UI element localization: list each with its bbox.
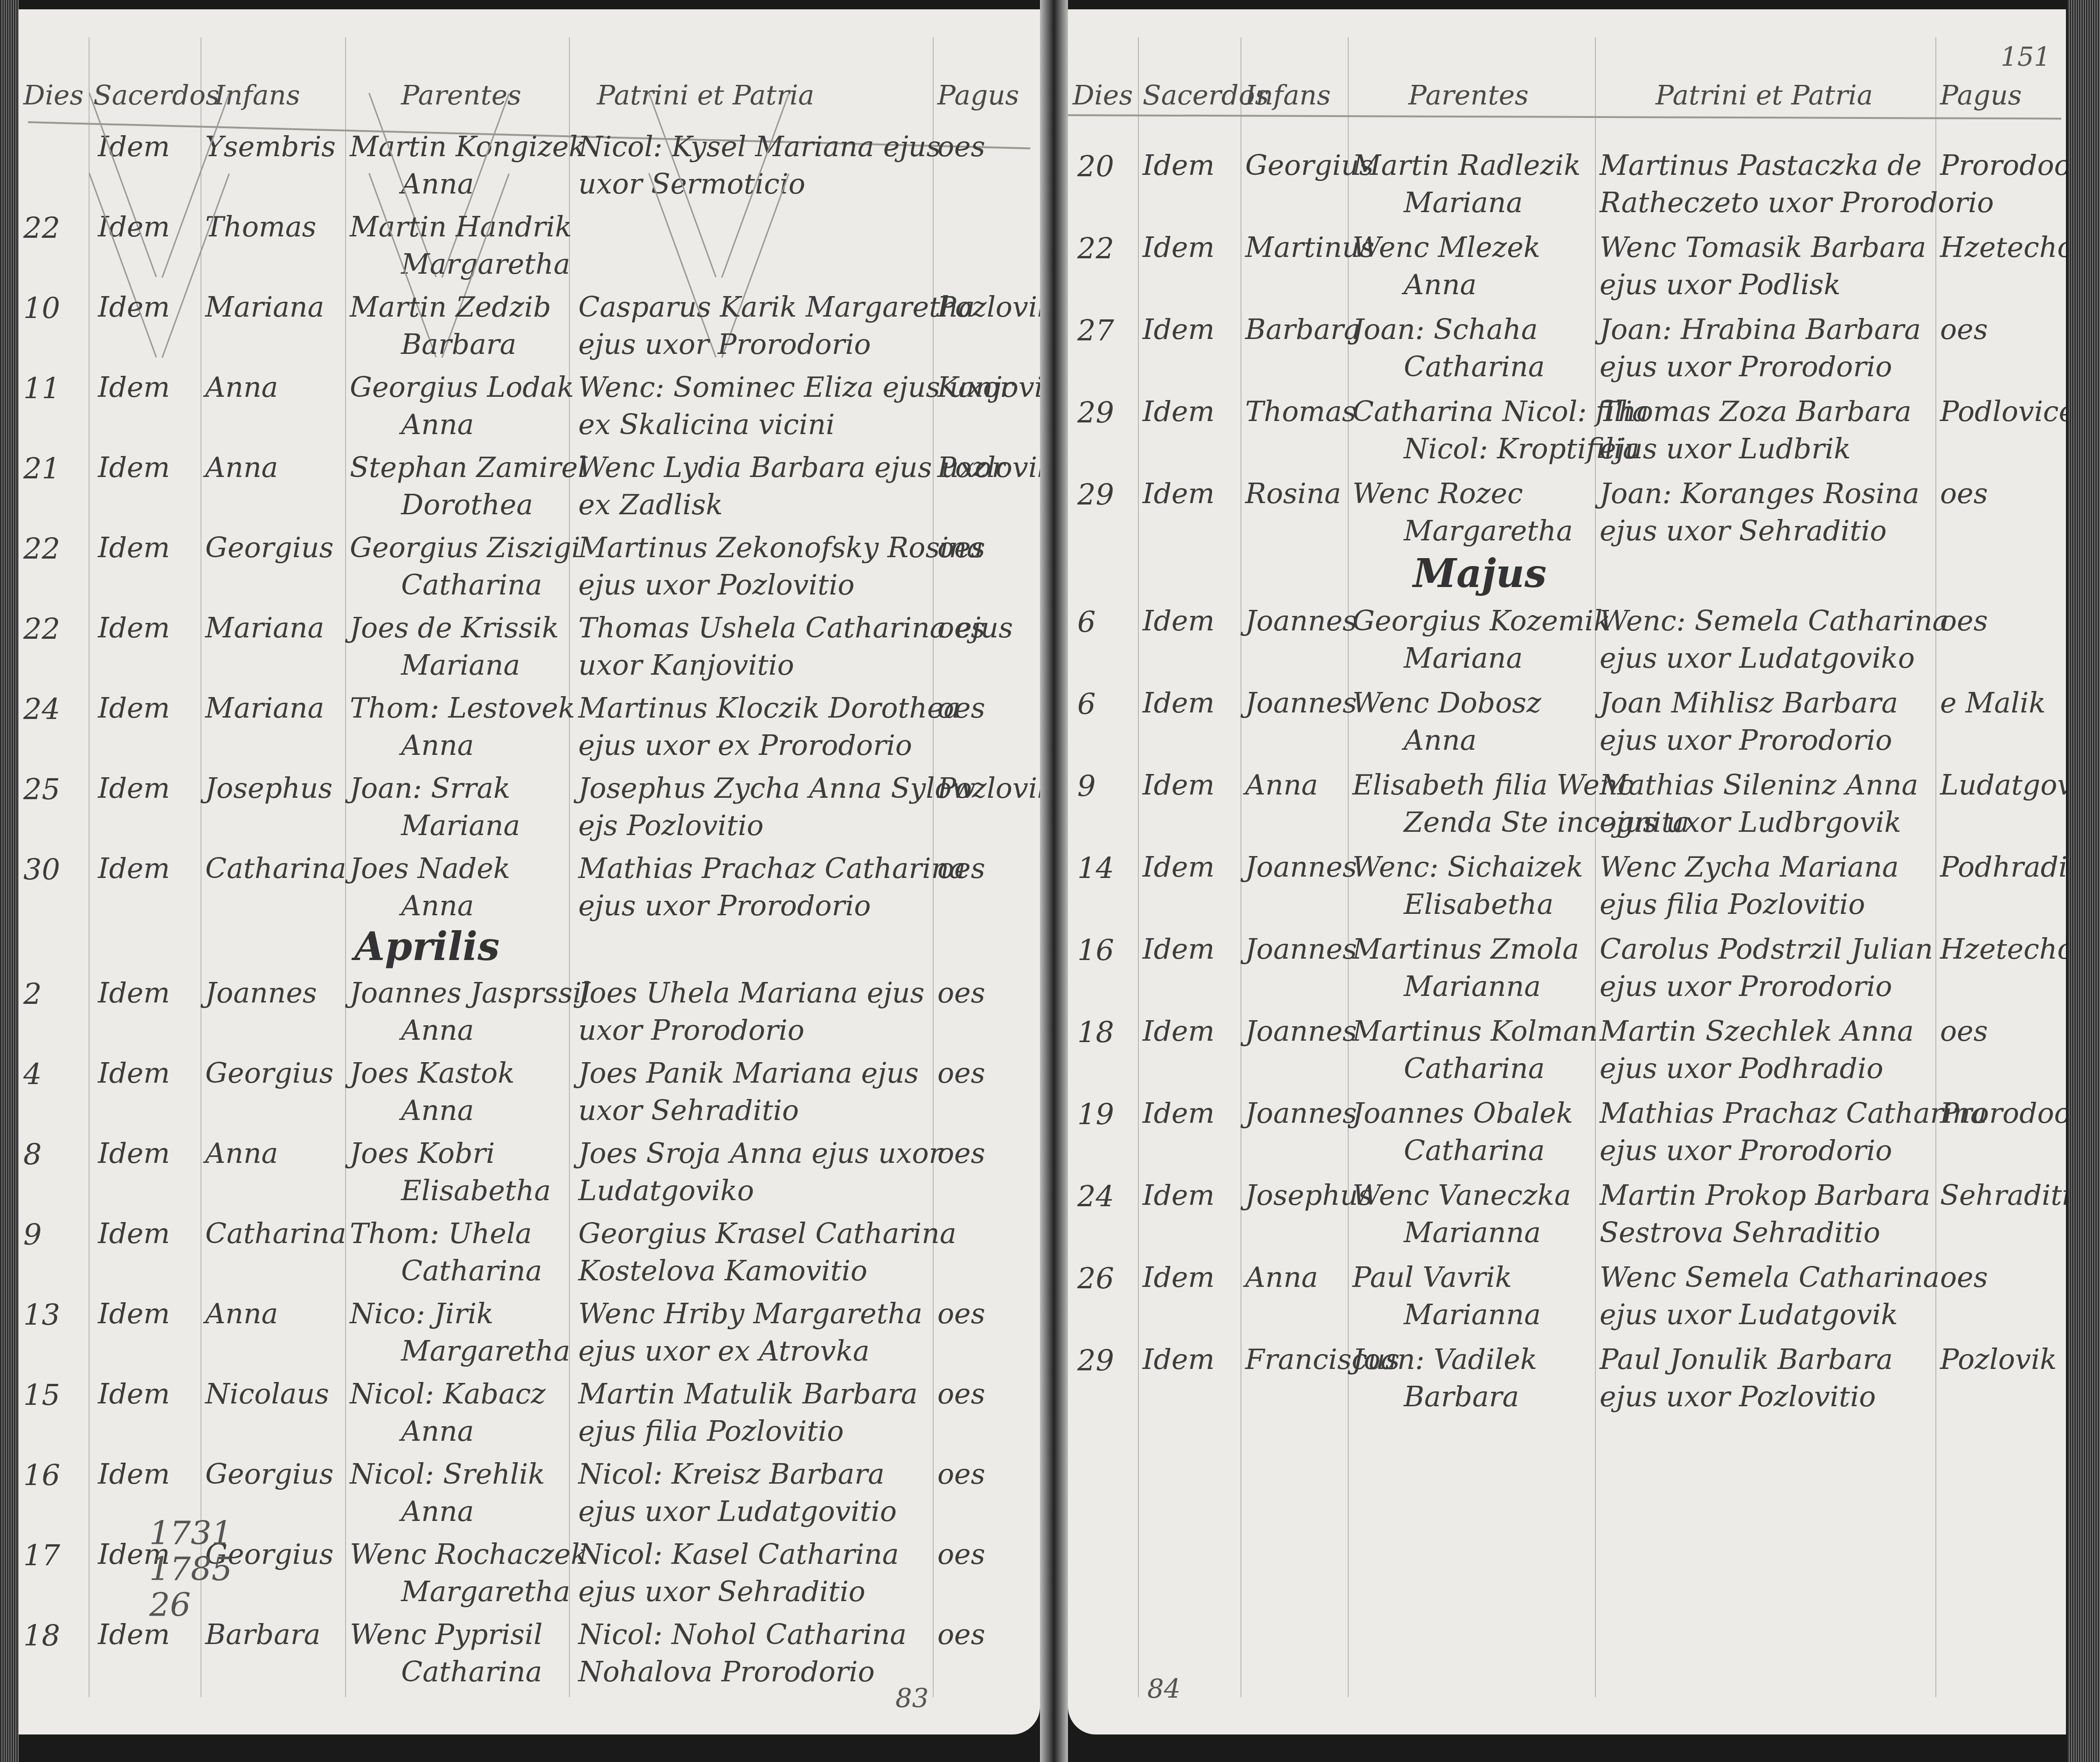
entry-day: 17 bbox=[23, 1538, 60, 1572]
header-sacerdos: Sacerdos bbox=[93, 79, 220, 111]
entry-pagus: Prorodoo bbox=[1940, 1097, 2066, 1130]
entry-pagus: Hzetechov bbox=[1940, 231, 2066, 264]
page-number-right: 84 bbox=[1147, 1674, 1180, 1704]
entry-patrini: Martinus Kloczik Dorothea bbox=[578, 692, 960, 725]
entry-day: 9 bbox=[23, 1217, 42, 1251]
entry-sacerdos: Idem bbox=[1143, 395, 1215, 428]
entry-parentes-mother: Margaretha bbox=[401, 248, 570, 281]
entry-parentes-mother: Anna bbox=[401, 1014, 474, 1047]
entry-sacerdos: Idem bbox=[98, 977, 170, 1009]
entry-parentes: Paul Vavrik bbox=[1352, 1261, 1512, 1294]
entry-pagus: Kanjovic bbox=[937, 371, 1040, 404]
entry-sacerdos: Idem bbox=[1143, 1343, 1215, 1376]
entry-sacerdos: Idem bbox=[98, 1458, 170, 1491]
entry-patrini-line2: ejus filia Pozlovitio bbox=[578, 1415, 844, 1448]
entry-parentes-mother: Margaretha bbox=[401, 1335, 570, 1368]
entry-patrini-line2: uxor Prorodorio bbox=[578, 1014, 804, 1047]
entry-parentes: Wenc Dobosz bbox=[1352, 687, 1541, 719]
left-page: Dies Sacerdos Infans Parentes Patrini et… bbox=[19, 9, 1040, 1734]
entry-patrini-line2: uxor Sermoticio bbox=[578, 168, 805, 200]
entry-day: 27 bbox=[1077, 313, 1114, 347]
entry-infans: Joannes bbox=[1245, 1097, 1357, 1130]
entry-parentes-mother: Catharina bbox=[401, 1656, 542, 1688]
entry-patrini: Martin Szechlek Anna bbox=[1600, 1015, 1914, 1048]
entry-patrini-line2: ejus uxor Prorodorio bbox=[1600, 1134, 1892, 1167]
entry-sacerdos: Idem bbox=[1143, 605, 1215, 637]
entry-patrini-line2: ex Skalicina vicini bbox=[578, 408, 835, 441]
entry-patrini: Joan: Hrabina Barbara bbox=[1600, 313, 1921, 346]
entry-parentes: Georgius Kozemik bbox=[1352, 605, 1610, 637]
entry-pagus: oes bbox=[937, 131, 985, 163]
entry-sacerdos: Idem bbox=[1143, 149, 1215, 182]
entry-patrini: Casparus Karik Margaretha bbox=[578, 291, 975, 324]
entry-patrini-line2: ejus uxor Prorodorio bbox=[578, 890, 871, 922]
entry-pagus: oes bbox=[937, 1458, 985, 1491]
entry-sacerdos: Idem bbox=[98, 532, 170, 564]
entry-parentes: Georgius Ziszigi bbox=[350, 532, 580, 564]
column-rule bbox=[1138, 37, 1139, 1697]
entry-parentes-mother: Anna bbox=[1404, 269, 1476, 301]
entry-patrini-line2: ejus uxor Prorodorio bbox=[1600, 970, 1892, 1003]
entry-patrini-line2: ejus uxor Ludatgovitio bbox=[578, 1495, 897, 1528]
entry-infans: Joannes bbox=[205, 977, 317, 1009]
entry-pagus: e Malik bbox=[1940, 687, 2046, 719]
register-book: Dies Sacerdos Infans Parentes Patrini et… bbox=[0, 0, 2100, 1762]
entry-pagus: Prorodoo bbox=[1940, 149, 2066, 182]
entry-parentes-mother: Anna bbox=[401, 168, 474, 200]
column-rule bbox=[201, 37, 201, 1697]
entry-parentes: Thom: Uhela bbox=[350, 1217, 532, 1250]
cross-out-stroke bbox=[161, 93, 229, 278]
entry-parentes: Wenc Pyprisil bbox=[350, 1618, 542, 1651]
entry-sacerdos: Idem bbox=[1143, 313, 1215, 346]
column-rule bbox=[569, 37, 570, 1697]
entry-patrini: Thomas Zoza Barbara bbox=[1600, 395, 1912, 428]
column-rule bbox=[89, 37, 90, 1697]
entry-parentes-mother: Anna bbox=[401, 1094, 474, 1127]
entry-pagus: oes bbox=[1940, 313, 1988, 346]
entry-parentes-mother: Mariana bbox=[401, 809, 520, 842]
entry-parentes: Georgius Lodak bbox=[350, 371, 574, 404]
note-line: 26 bbox=[149, 1587, 232, 1623]
entry-patrini: Joes Sroja Anna ejus uxor bbox=[578, 1137, 942, 1170]
entry-parentes: Wenc Rochaczek bbox=[350, 1538, 588, 1571]
entry-infans: Anna bbox=[1245, 1261, 1318, 1294]
entry-parentes-mother: Anna bbox=[401, 890, 474, 922]
entry-parentes: Wenc: Sichaizek bbox=[1352, 851, 1583, 884]
entry-patrini-line2: ejus uxor Prorodorio bbox=[1600, 724, 1892, 757]
entry-infans: Mariana bbox=[205, 692, 324, 725]
entry-patrini-line2: ejus uxor Ludatgovik bbox=[1600, 1299, 1898, 1331]
entry-day: 30 bbox=[23, 852, 60, 886]
entry-pagus: oes bbox=[937, 852, 985, 885]
entry-parentes-mother: Catharina bbox=[1404, 1052, 1545, 1085]
entry-patrini-line2: Sestrova Sehraditio bbox=[1600, 1216, 1880, 1249]
entry-patrini: Nicol: Kreisz Barbara bbox=[578, 1458, 885, 1491]
entry-day: 25 bbox=[23, 772, 60, 806]
entry-day: 13 bbox=[23, 1298, 60, 1332]
entry-pagus: Pozlovik bbox=[937, 451, 1040, 484]
entry-parentes: Joannes Jasprssil bbox=[350, 977, 590, 1009]
entry-sacerdos: Idem bbox=[98, 1298, 170, 1330]
entry-parentes-mother: Margaretha bbox=[401, 1575, 570, 1608]
entry-day: 14 bbox=[1077, 851, 1114, 885]
entry-infans: Catharina bbox=[205, 1217, 347, 1250]
margin-year-note: 1731 1785 26 bbox=[149, 1515, 232, 1623]
entry-sacerdos: Idem bbox=[1143, 1261, 1215, 1294]
header-rule bbox=[1068, 114, 2061, 119]
entry-patrini: Martin Matulik Barbara bbox=[578, 1378, 918, 1410]
entry-infans: Barbara bbox=[205, 1618, 320, 1651]
entry-patrini: Wenc Semela Catharina bbox=[1600, 1261, 1940, 1294]
entry-patrini: Paul Jonulik Barbara bbox=[1600, 1343, 1893, 1376]
entry-parentes: Joan: Schaha bbox=[1352, 313, 1538, 346]
page-number-left: 83 bbox=[895, 1683, 929, 1714]
entry-sacerdos: Idem bbox=[1143, 1015, 1215, 1048]
entry-patrini-line2: ejus uxor ex Atrovka bbox=[578, 1335, 870, 1368]
entry-parentes-mother: Anna bbox=[401, 729, 474, 762]
entry-infans: Nicolaus bbox=[205, 1378, 329, 1410]
entry-parentes-mother: Marianna bbox=[1404, 1216, 1541, 1249]
entry-parentes-mother: Marianna bbox=[1404, 970, 1541, 1003]
entry-patrini: Nicol: Kysel Mariana ejus bbox=[578, 131, 941, 163]
entry-parentes: Joes Kastok bbox=[350, 1057, 515, 1090]
entry-day: 29 bbox=[1077, 1343, 1114, 1377]
entry-patrini: Wenc Zycha Mariana bbox=[1600, 851, 1899, 884]
entry-pagus: Pozlovik bbox=[937, 772, 1040, 805]
entry-parentes: Martinus Zmola bbox=[1352, 933, 1579, 966]
note-line: 1785 bbox=[149, 1551, 232, 1587]
entry-pagus: oes bbox=[937, 1378, 985, 1410]
entry-sacerdos: Idem bbox=[98, 1057, 170, 1090]
entry-patrini: Josephus Zycha Anna Sylow bbox=[578, 772, 976, 805]
entry-parentes: Nico: Jirik bbox=[350, 1298, 493, 1330]
entry-parentes-mother: Catharina bbox=[1404, 1134, 1545, 1167]
entry-parentes-mother: Anna bbox=[401, 408, 474, 441]
entry-patrini-line2: ejus uxor Sehraditio bbox=[578, 1575, 866, 1608]
entry-patrini-line2: Nohalova Prorodorio bbox=[578, 1656, 875, 1688]
entry-parentes-mother: Mariana bbox=[1404, 642, 1523, 675]
entry-parentes: Thom: Lestovek bbox=[350, 692, 575, 725]
entry-patrini-line2: ejus uxor Pozlovitio bbox=[578, 569, 854, 601]
entry-patrini: Mathias Sileninz Anna bbox=[1600, 769, 1918, 802]
entry-patrini: Joes Uhela Mariana ejus bbox=[578, 977, 924, 1009]
entry-pagus: Sehraditio bbox=[1940, 1179, 2066, 1212]
entry-parentes: Wenc Mlezek bbox=[1352, 231, 1540, 264]
column-rule bbox=[1241, 37, 1241, 1697]
cross-out-stroke bbox=[161, 173, 229, 358]
cross-out-stroke bbox=[89, 173, 157, 358]
header-dies: Dies bbox=[23, 79, 83, 111]
entry-parentes-mother: Anna bbox=[401, 1495, 474, 1528]
month-heading: Majus bbox=[1413, 550, 1546, 596]
entry-sacerdos: Idem bbox=[98, 1137, 170, 1170]
entry-parentes: Nicol: Srehlik bbox=[350, 1458, 545, 1491]
entry-pagus: Podhradio bbox=[1940, 851, 2066, 884]
entry-parentes-mother: Catharina bbox=[1404, 351, 1545, 383]
entry-patrini-line2: Ratheczeto uxor Prorodorio bbox=[1600, 187, 1994, 219]
entry-infans: Joannes bbox=[1245, 687, 1357, 719]
entry-pagus: oes bbox=[937, 1538, 985, 1571]
entry-day: 22 bbox=[1077, 231, 1114, 265]
entry-sacerdos: Idem bbox=[1143, 231, 1215, 264]
entry-parentes: Martin Handrik bbox=[350, 211, 572, 243]
entry-patrini-line2: ejus filia Pozlovitio bbox=[1600, 888, 1865, 921]
entry-patrini-line2: ejus uxor Prorodorio bbox=[578, 328, 871, 361]
entry-patrini: Joan: Koranges Rosina bbox=[1600, 477, 1920, 510]
entry-patrini-line2: ejus uxor ex Prorodorio bbox=[578, 729, 912, 762]
header-infans: Infans bbox=[1245, 79, 1331, 111]
book-gutter bbox=[1040, 0, 1068, 1762]
entry-patrini-line2: ejus uxor Ludbrgovik bbox=[1600, 806, 1901, 839]
entry-parentes-mother: Anna bbox=[401, 1415, 474, 1448]
entry-pagus: oes bbox=[937, 692, 985, 725]
entry-day: 26 bbox=[1077, 1261, 1114, 1295]
entry-parentes: Joan: Srrak bbox=[350, 772, 510, 805]
entry-sacerdos: Idem bbox=[98, 1378, 170, 1410]
entry-day: 19 bbox=[1077, 1097, 1114, 1131]
entry-patrini-line2: ejus uxor Prorodorio bbox=[1600, 351, 1892, 383]
entry-parentes-mother: Dorothea bbox=[401, 489, 533, 521]
entry-day: 16 bbox=[23, 1458, 60, 1492]
header-patrini: Patrini et Patria bbox=[1656, 79, 1873, 111]
entry-parentes: Martinus Kolman bbox=[1352, 1015, 1598, 1048]
page-number-top: 151 bbox=[2001, 42, 2051, 72]
entry-pagus: oes bbox=[1940, 605, 1988, 637]
entry-infans: Georgius bbox=[205, 1458, 333, 1491]
entry-patrini: Wenc: Semela Catharina bbox=[1600, 605, 1949, 637]
entry-parentes-mother: Anna bbox=[1404, 724, 1476, 757]
entry-sacerdos: Idem bbox=[1143, 851, 1215, 884]
entry-day: 22 bbox=[23, 211, 60, 245]
entry-day: 6 bbox=[1077, 605, 1095, 639]
entry-day: 24 bbox=[1077, 1179, 1114, 1213]
entry-parentes-mother: Mariana bbox=[401, 649, 520, 682]
entry-sacerdos: Idem bbox=[98, 291, 170, 324]
entry-day: 15 bbox=[23, 1378, 60, 1412]
entry-day: 18 bbox=[1077, 1015, 1114, 1049]
entry-parentes: Martin Radlezik bbox=[1352, 149, 1581, 182]
header-pagus: Pagus bbox=[937, 79, 1019, 111]
entry-day: 18 bbox=[23, 1618, 60, 1652]
entry-day: 11 bbox=[23, 371, 60, 405]
entry-day: 6 bbox=[1077, 687, 1095, 721]
entry-patrini: Martinus Zekonofsky Rosina bbox=[578, 532, 984, 564]
entry-infans: Ysembris bbox=[205, 131, 336, 163]
entry-infans: Thomas bbox=[1245, 395, 1356, 428]
entry-pagus: Ludatgoviko bbox=[1940, 769, 2066, 802]
entry-patrini: Martinus Pastaczka de bbox=[1600, 149, 1922, 182]
entry-patrini: Nicol: Nohol Catharina bbox=[578, 1618, 907, 1651]
entry-patrini-line2: ejus uxor Ludbrik bbox=[1600, 433, 1851, 465]
entry-parentes: Joes Kobri bbox=[350, 1137, 495, 1170]
entry-infans: Catharina bbox=[205, 852, 347, 885]
entry-patrini: Nicol: Kasel Catharina bbox=[578, 1538, 899, 1571]
entry-parentes: Elisabeth filia Wenc bbox=[1352, 769, 1633, 802]
entry-parentes-mother: Catharina bbox=[401, 1255, 542, 1287]
entry-day: 29 bbox=[1077, 395, 1114, 429]
entry-infans: Georgius bbox=[205, 532, 333, 564]
entry-patrini-line2: ejs Pozlovitio bbox=[578, 809, 763, 842]
entry-pagus: oes bbox=[1940, 1261, 1988, 1294]
entry-parentes: Joannes Obalek bbox=[1352, 1097, 1573, 1130]
entry-sacerdos: Idem bbox=[98, 371, 170, 404]
entry-pagus: oes bbox=[937, 1057, 985, 1090]
entry-pagus: Pozlovik bbox=[1940, 1343, 2057, 1376]
cross-out-stroke bbox=[89, 93, 157, 277]
entry-day: 22 bbox=[23, 612, 60, 646]
entry-patrini-line2: uxor Sehraditio bbox=[578, 1094, 799, 1127]
entry-sacerdos: Idem bbox=[1143, 477, 1215, 510]
entry-sacerdos: Idem bbox=[98, 451, 170, 484]
right-page: Dies Sacerdos Infans Parentes Patrini et… bbox=[1068, 9, 2066, 1734]
column-rule bbox=[1935, 37, 1936, 1697]
entry-pagus: oes bbox=[937, 532, 985, 564]
entry-patrini-line2: uxor Kanjovitio bbox=[578, 649, 794, 682]
entry-patrini-line2: ejus uxor Pozlovitio bbox=[1600, 1381, 1876, 1413]
entry-sacerdos: Idem bbox=[98, 772, 170, 805]
entry-pagus: oes bbox=[1940, 1015, 1988, 1048]
entry-parentes: Joes de Krissik bbox=[350, 612, 559, 644]
entry-day: 24 bbox=[23, 692, 60, 726]
entry-parentes: Joes Nadek bbox=[350, 852, 510, 885]
month-heading: Aprilis bbox=[354, 923, 499, 969]
column-rule bbox=[1595, 37, 1596, 1697]
entry-parentes-mother: Mariana bbox=[1404, 187, 1523, 219]
page-edges-right bbox=[2067, 0, 2100, 1762]
entry-sacerdos: Idem bbox=[98, 852, 170, 885]
entry-infans: Joannes bbox=[1245, 933, 1357, 966]
entry-infans: Anna bbox=[205, 1137, 278, 1170]
entry-day: 4 bbox=[23, 1057, 42, 1091]
entry-patrini-line2: Ludatgoviko bbox=[578, 1175, 754, 1207]
entry-sacerdos: Idem bbox=[98, 612, 170, 644]
entry-day: 22 bbox=[23, 532, 60, 566]
entry-infans: Rosina bbox=[1245, 477, 1341, 510]
entry-patrini: Joes Panik Mariana ejus bbox=[578, 1057, 919, 1090]
entry-pagus: Podlovice bbox=[1940, 395, 2066, 428]
entry-infans: Mariana bbox=[205, 612, 324, 644]
entry-pagus: oes bbox=[937, 612, 985, 644]
note-line: 1731 bbox=[149, 1515, 232, 1551]
entry-parentes: Stephan Zamirel bbox=[350, 451, 587, 484]
entry-infans: Joannes bbox=[1245, 605, 1357, 637]
entry-sacerdos: Idem bbox=[1143, 769, 1215, 802]
entry-sacerdos: Idem bbox=[1143, 933, 1215, 966]
entry-infans: Anna bbox=[205, 451, 278, 484]
entry-infans: Barbara bbox=[1245, 313, 1360, 346]
entry-pagus: Pozlovik bbox=[937, 291, 1040, 324]
entry-parentes-mother: Elisabetha bbox=[1404, 888, 1553, 921]
entry-sacerdos: Idem bbox=[98, 692, 170, 725]
entry-pagus: oes bbox=[1940, 477, 1988, 510]
entry-parentes-mother: Margaretha bbox=[1404, 515, 1573, 547]
entry-patrini: Georgius Krasel Catharina bbox=[578, 1217, 956, 1250]
entry-infans: Joannes bbox=[1245, 851, 1357, 884]
entry-parentes: Joan: Vadilek bbox=[1352, 1343, 1537, 1376]
entry-day: 9 bbox=[1077, 769, 1095, 803]
entry-patrini: Mathias Prachaz Catharina bbox=[1600, 1097, 1987, 1130]
entry-patrini: Wenc Hriby Margaretha bbox=[578, 1298, 922, 1330]
entry-pagus: oes bbox=[937, 1137, 985, 1170]
entry-parentes-mother: Catharina bbox=[401, 569, 542, 601]
header-patrini: Patrini et Patria bbox=[597, 79, 814, 111]
entry-infans: Joannes bbox=[1245, 1015, 1357, 1048]
entry-infans: Anna bbox=[1245, 769, 1318, 802]
entry-patrini: Mathias Prachaz Catharina bbox=[578, 852, 966, 885]
entry-patrini: Wenc Tomasik Barbara bbox=[1600, 231, 1926, 264]
entry-patrini-line2: ejus uxor Sehraditio bbox=[1600, 515, 1887, 547]
entry-patrini: Joan Mihlisz Barbara bbox=[1600, 687, 1898, 719]
header-parentes: Parentes bbox=[1408, 79, 1529, 111]
entry-parentes-mother: Barbara bbox=[1404, 1381, 1519, 1413]
entry-patrini: Carolus Podstrzil Julian bbox=[1600, 933, 1933, 966]
page-edges-left bbox=[0, 0, 19, 1762]
entry-infans: Mariana bbox=[205, 291, 324, 324]
entry-day: 29 bbox=[1077, 477, 1114, 511]
entry-day: 8 bbox=[23, 1137, 42, 1171]
entry-sacerdos: Idem bbox=[98, 1217, 170, 1250]
entry-patrini-line2: ejus uxor Ludatgoviko bbox=[1600, 642, 1915, 675]
entry-patrini-line2: ex Zadlisk bbox=[578, 489, 723, 521]
header-pagus: Pagus bbox=[1940, 79, 2022, 111]
entry-pagus: oes bbox=[937, 977, 985, 1009]
entry-day: 2 bbox=[23, 977, 42, 1011]
entry-parentes: Martin Zedzib bbox=[350, 291, 551, 324]
entry-parentes-mother: Elisabetha bbox=[401, 1175, 551, 1207]
entry-pagus: Hzetechov bbox=[1940, 933, 2066, 966]
entry-day: 10 bbox=[23, 291, 60, 325]
entry-pagus: oes bbox=[937, 1618, 985, 1651]
entry-pagus: oes bbox=[937, 1298, 985, 1330]
entry-infans: Georgius bbox=[205, 1057, 333, 1090]
entry-parentes-mother: Barbara bbox=[401, 328, 516, 361]
entry-day: 21 bbox=[23, 451, 60, 485]
entry-infans: Thomas bbox=[205, 211, 316, 243]
entry-patrini: Martin Prokop Barbara bbox=[1600, 1179, 1930, 1212]
entry-parentes: Wenc Vaneczka bbox=[1352, 1179, 1571, 1212]
entry-sacerdos: Idem bbox=[1143, 1097, 1215, 1130]
entry-sacerdos: Idem bbox=[1143, 687, 1215, 719]
entry-parentes-mother: Marianna bbox=[1404, 1299, 1541, 1331]
entry-sacerdos: Idem bbox=[1143, 1179, 1215, 1212]
entry-day: 20 bbox=[1077, 149, 1114, 183]
header-dies: Dies bbox=[1073, 79, 1133, 111]
entry-parentes: Nicol: Kabacz bbox=[350, 1378, 546, 1410]
entry-patrini-line2: ejus uxor Podhradio bbox=[1600, 1052, 1883, 1085]
entry-infans: Josephus bbox=[205, 772, 333, 805]
entry-patrini-line2: Kostelova Kamovitio bbox=[578, 1255, 867, 1287]
entry-day: 16 bbox=[1077, 933, 1114, 967]
entry-patrini-line2: ejus uxor Podlisk bbox=[1600, 269, 1841, 301]
entry-infans: Anna bbox=[205, 371, 278, 404]
entry-parentes: Wenc Rozec bbox=[1352, 477, 1523, 510]
entry-infans: Anna bbox=[205, 1298, 278, 1330]
